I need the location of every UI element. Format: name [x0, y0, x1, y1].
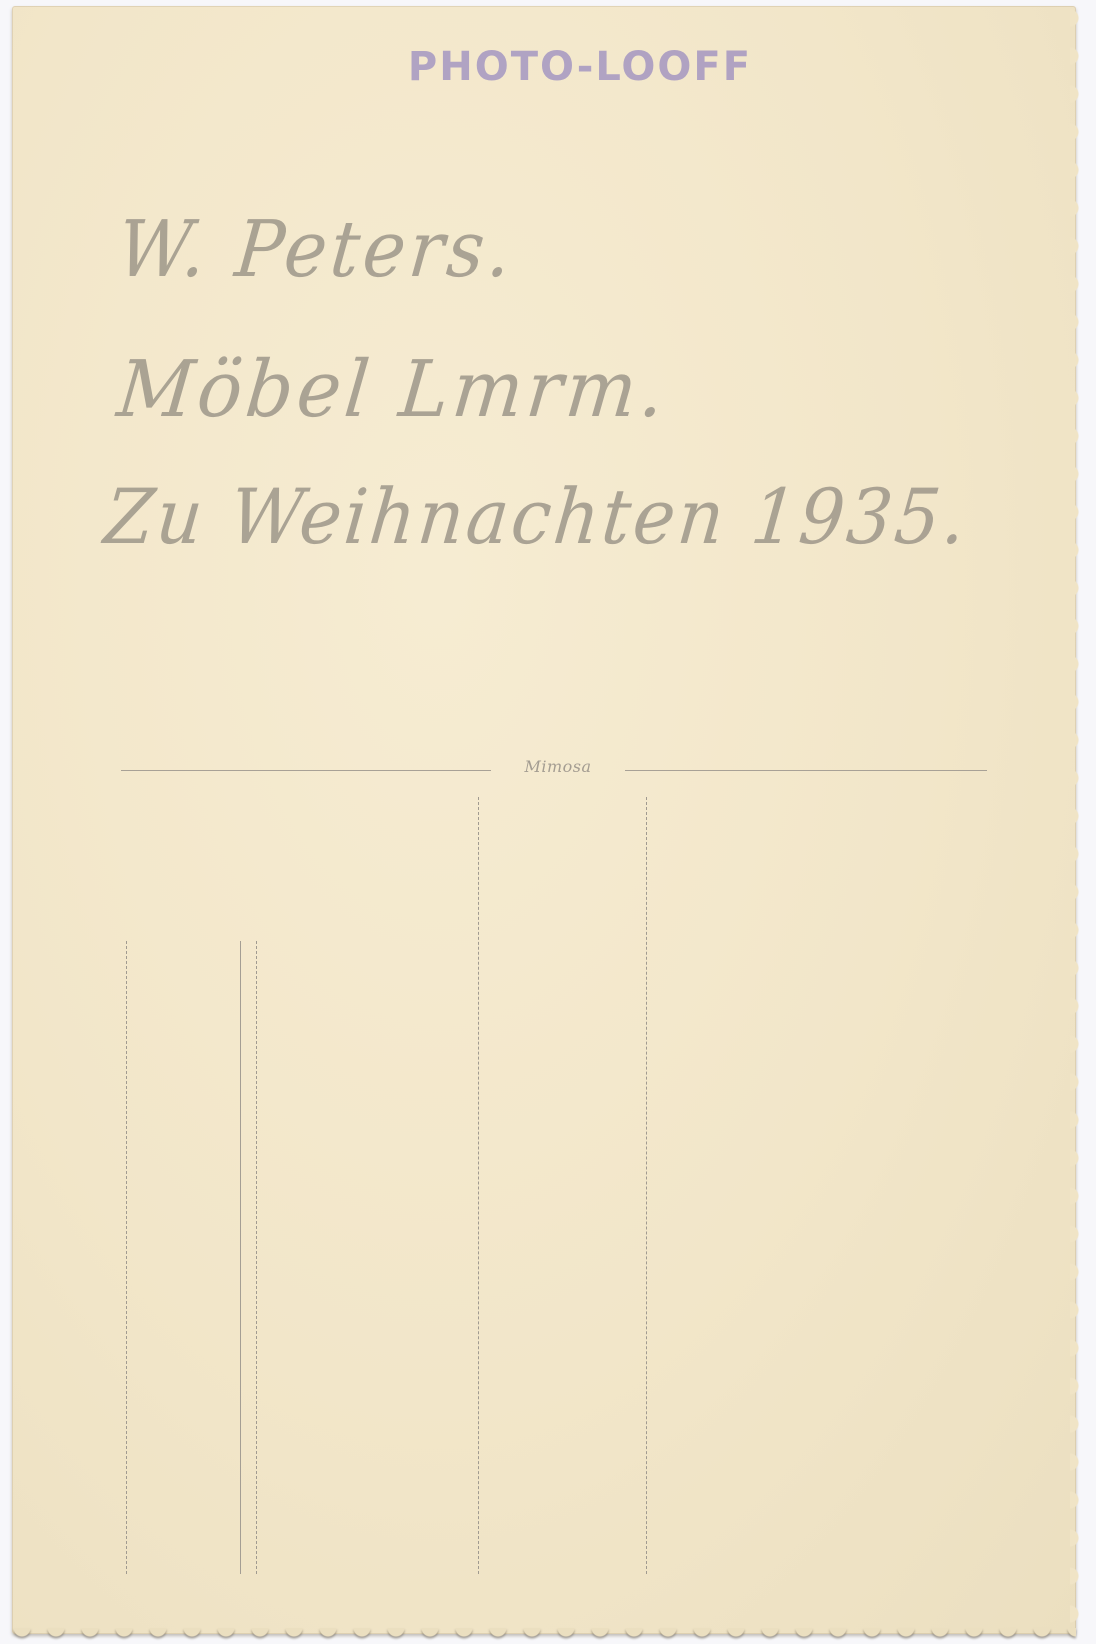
vertical-rule-divider-left — [478, 797, 479, 1574]
vertical-rule-divider-right — [646, 797, 647, 1574]
deckled-right-edge — [1070, 6, 1080, 1634]
vertical-rule-2 — [240, 941, 241, 1574]
paper-brand-label: Mimosa — [493, 757, 623, 776]
handwritten-business: Möbel Lmrm. — [114, 345, 673, 435]
horizontal-rule-right — [625, 770, 987, 771]
photographer-stamp: PHOTO-LOOFF — [365, 44, 795, 90]
horizontal-rule-left — [121, 770, 491, 771]
vertical-rule-1 — [126, 941, 127, 1574]
handwritten-date-note: Zu Weihnachten 1935. — [101, 472, 973, 561]
vertical-rule-3 — [256, 941, 257, 1574]
deckled-bottom-edge — [12, 1628, 1076, 1638]
handwritten-name: W. Peters. — [114, 205, 519, 295]
